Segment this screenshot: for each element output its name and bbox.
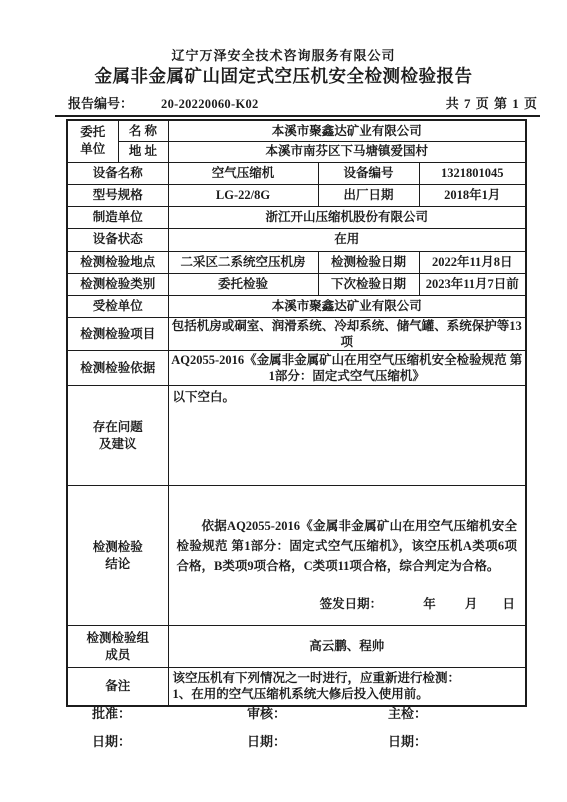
label-factory-date: 出厂日期 — [318, 184, 419, 206]
report-page: 辽宁万泽安全技术咨询服务有限公司 金属非金属矿山固定式空压机安全检测检验报告 报… — [0, 0, 567, 802]
value-category: 委托检验 — [168, 273, 318, 295]
label-manufacturer: 制造单位 — [67, 206, 168, 228]
sign-year-label: 年 — [423, 597, 436, 611]
label-inspection-date: 检测检验日期 — [318, 251, 419, 273]
approve-label: 批准： — [92, 703, 131, 722]
value-remark: 该空压机有下列情况之一时进行，应重新进行检测： 1、在用的空气压缩机系统大修后投… — [168, 668, 526, 706]
label-location: 检测检验地点 — [67, 251, 168, 273]
label-items: 检测检验项目 — [67, 317, 168, 351]
value-next-date: 2023年11月7日前 — [419, 273, 526, 295]
conclusion-text: 依据AQ2055-2016《金属非金属矿山在用空气压缩机安全检验规范 第1部分：… — [177, 516, 518, 576]
label-category: 检测检验类别 — [67, 273, 168, 295]
label-remark: 备注 — [67, 668, 168, 706]
sign-date-label: 签发日期： — [320, 597, 383, 611]
report-no-value: 20-20220060-K02 — [161, 97, 259, 112]
label-model: 型号规格 — [67, 184, 168, 206]
approve-date-label: 日期： — [92, 731, 131, 750]
report-number-line: 报告编号： 20-20220060-K02 共 7 页 第 1 页 — [55, 93, 540, 117]
sign-day-label: 日 — [503, 597, 516, 611]
report-no-label: 报告编号： — [68, 93, 133, 112]
value-inspected-unit: 本溪市聚鑫达矿业有限公司 — [168, 295, 526, 317]
remark-line-2: 1、在用的空气压缩机系统大修后投入使用前。 — [173, 686, 522, 702]
value-manufacturer: 浙江开山压缩机股份有限公司 — [168, 206, 526, 228]
pagination: 共 7 页 第 1 页 — [446, 93, 538, 112]
report-title: 金属非金属矿山固定式空压机安全检测检验报告 — [0, 63, 567, 88]
sign-month-label: 月 — [465, 597, 478, 611]
value-model: LG-22/8G — [168, 184, 318, 206]
value-items: 包括机房或硐室、润滑系统、冷却系统、储气罐、系统保护等13项 — [168, 317, 526, 351]
value-client-address: 本溪市南芬区下马塘镇爱国村 — [168, 141, 526, 162]
label-client-name: 名 称 — [118, 120, 168, 141]
remark-line-1: 该空压机有下列情况之一时进行，应重新进行检测： — [173, 670, 522, 686]
review-date-label: 日期： — [247, 731, 286, 750]
value-device-no: 1321801045 — [419, 162, 526, 184]
value-location: 二采区二系统空压机房 — [168, 251, 318, 273]
value-client-name: 本溪市聚鑫达矿业有限公司 — [168, 120, 526, 141]
value-team: 高云鹏、程帅 — [168, 626, 526, 668]
label-problems: 存在问题 及建议 — [67, 386, 168, 486]
value-basis: AQ2055-2016《金属非金属矿山在用空气压缩机安全检验规范 第1部分：固定… — [168, 351, 526, 386]
label-client-unit: 委托 单位 — [67, 120, 118, 162]
value-factory-date: 2018年1月 — [419, 184, 526, 206]
label-client-address: 地 址 — [118, 141, 168, 162]
label-device-name: 设备名称 — [67, 162, 168, 184]
company-name: 辽宁万泽安全技术咨询服务有限公司 — [0, 45, 567, 64]
value-status: 在用 — [168, 228, 526, 251]
value-device-name: 空气压缩机 — [168, 162, 318, 184]
chief-label: 主检： — [388, 703, 427, 722]
label-device-no: 设备编号 — [318, 162, 419, 184]
label-basis: 检测检验依据 — [67, 351, 168, 386]
label-status: 设备状态 — [67, 228, 168, 251]
label-conclusion: 检测检验 结论 — [67, 486, 168, 626]
sign-date-line: 签发日期： 年 月 日 — [177, 596, 518, 612]
value-inspection-date: 2022年11月8日 — [419, 251, 526, 273]
label-next-date: 下次检验日期 — [318, 273, 419, 295]
value-problems: 以下空白。 — [168, 386, 526, 486]
label-team: 检测检验组 成员 — [67, 626, 168, 668]
chief-date-label: 日期： — [388, 731, 427, 750]
value-conclusion: 依据AQ2055-2016《金属非金属矿山在用空气压缩机安全检验规范 第1部分：… — [168, 486, 526, 626]
label-inspected-unit: 受检单位 — [67, 295, 168, 317]
inspection-form-table: 委托 单位 名 称 本溪市聚鑫达矿业有限公司 地 址 本溪市南芬区下马塘镇爱国村… — [66, 119, 527, 707]
review-label: 审核： — [247, 703, 286, 722]
